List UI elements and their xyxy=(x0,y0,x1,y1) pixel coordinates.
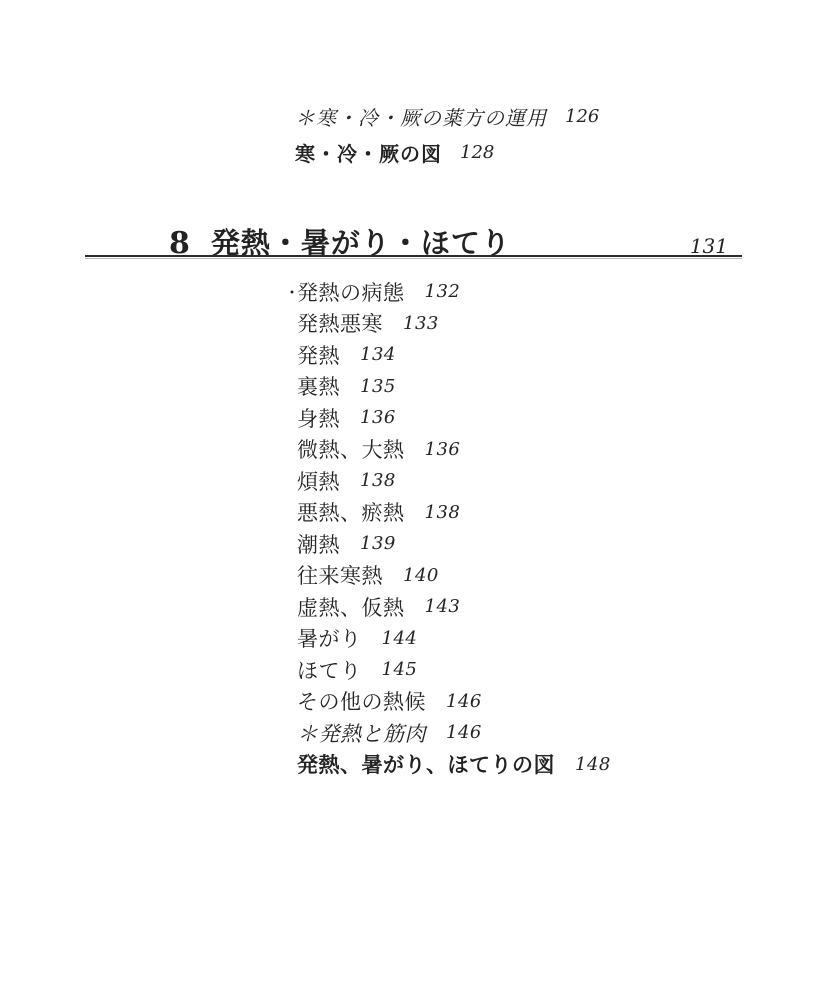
toc-entry-label: 発熱の病態 xyxy=(297,277,405,307)
toc-entry-page: 134 xyxy=(360,344,396,365)
toc-entry-page: 148 xyxy=(575,754,611,775)
toc-entry: 潮熱 139 xyxy=(297,528,611,560)
toc-entry-label: 潮熱 xyxy=(297,529,340,559)
toc-entry-label: 悪熱、瘀熱 xyxy=(297,497,405,527)
toc-entry: 裏熱 135 xyxy=(297,371,611,403)
toc-entry: ＊発熱と筋肉 146 xyxy=(297,717,611,749)
toc-entry-label: ＊発熱と筋肉 xyxy=(297,718,426,748)
toc-entry-label: 往来寒熱 xyxy=(297,560,383,590)
toc-entry-page: 144 xyxy=(382,628,418,649)
toc-entry-label: 微熱、大熱 xyxy=(297,434,405,464)
toc-entry-page: 146 xyxy=(446,722,482,743)
toc-entry-list: ・ 発熱の病態 132 発熱悪寒 133 発熱 134 裏熱 135 身熱 13… xyxy=(297,276,611,780)
toc-entry-page: 143 xyxy=(425,596,461,617)
toc-entry-page: 136 xyxy=(425,439,461,460)
toc-entry-label: 虚熱、仮熱 xyxy=(297,592,405,622)
toc-entry-page: 136 xyxy=(360,407,396,428)
toc-entry-page: 126 xyxy=(565,106,599,127)
toc-entry: 暑がり 144 xyxy=(297,623,611,655)
toc-entry: ＊寒・冷・厥の薬方の運用 126 xyxy=(295,98,599,134)
toc-entry: 発熱悪寒 133 xyxy=(297,308,611,340)
toc-entry-label: 暑がり xyxy=(297,623,362,653)
rule-dark-line xyxy=(85,255,742,257)
toc-entry-label: ＊寒・冷・厥の薬方の運用 xyxy=(295,102,547,131)
toc-entry: 発熱 134 xyxy=(297,339,611,371)
toc-entry: 虚熱、仮熱 143 xyxy=(297,591,611,623)
toc-entry-page: 135 xyxy=(360,376,396,397)
toc-entry: 煩熱 138 xyxy=(297,465,611,497)
toc-entry-label: 発熱、暑がり、ほてりの図 xyxy=(297,749,555,779)
toc-entry: 悪熱、瘀熱 138 xyxy=(297,497,611,529)
toc-entry-page: 145 xyxy=(382,659,418,680)
toc-entry: 身熱 136 xyxy=(297,402,611,434)
toc-entry-page: 138 xyxy=(425,502,461,523)
toc-entry: 微熱、大熱 136 xyxy=(297,434,611,466)
toc-entry-page: 146 xyxy=(446,691,482,712)
toc-entry-label: 裏熱 xyxy=(297,371,340,401)
toc-entry: 寒・冷・厥の図 128 xyxy=(295,134,599,170)
toc-entry: ほてり 145 xyxy=(297,654,611,686)
bullet-dot-icon: ・ xyxy=(284,280,297,303)
toc-entry-label: その他の熱候 xyxy=(297,686,426,716)
toc-entry-page: 139 xyxy=(360,533,396,554)
toc-entry: 発熱、暑がり、ほてりの図 148 xyxy=(297,749,611,781)
toc-entry-label: 寒・冷・厥の図 xyxy=(295,138,442,167)
toc-entry-page: 140 xyxy=(403,565,439,586)
toc-entry-page: 133 xyxy=(403,313,439,334)
toc-entry: ・ 発熱の病態 132 xyxy=(297,276,611,308)
section-divider-rule xyxy=(85,255,742,259)
toc-entry-page: 138 xyxy=(360,470,396,491)
toc-entry-label: 煩熱 xyxy=(297,466,340,496)
toc-entry-label: 発熱 xyxy=(297,340,340,370)
toc-entry-label: 発熱悪寒 xyxy=(297,308,383,338)
toc-entry-page: 132 xyxy=(425,281,461,302)
toc-entry-label: 身熱 xyxy=(297,403,340,433)
toc-entry-label: ほてり xyxy=(297,655,362,685)
toc-entry: 往来寒熱 140 xyxy=(297,560,611,592)
rule-light-line xyxy=(85,258,742,259)
previous-section-entries: ＊寒・冷・厥の薬方の運用 126 寒・冷・厥の図 128 xyxy=(295,98,599,170)
toc-entry-page: 128 xyxy=(460,142,494,163)
toc-entry: その他の熱候 146 xyxy=(297,686,611,718)
